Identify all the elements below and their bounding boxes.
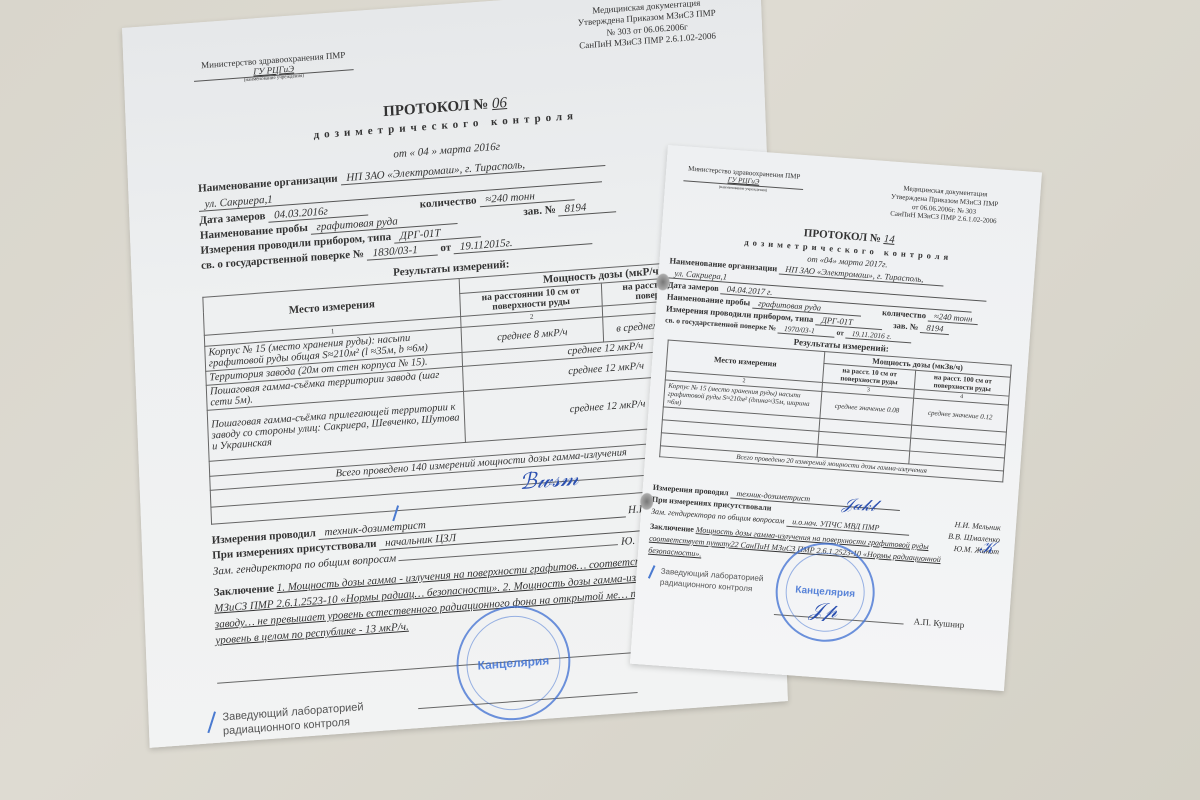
head-label: Заведующий лабораторией радиационного ко… bbox=[660, 566, 771, 596]
protocol-number: 06 bbox=[492, 95, 508, 112]
signature-icon: 𝒥𝓅 bbox=[809, 597, 839, 623]
protocol-number: 14 bbox=[883, 233, 895, 246]
verification-from-label: от bbox=[440, 241, 451, 254]
signature-icon: 𝒦 bbox=[979, 537, 995, 558]
serial-value: 8194 bbox=[920, 322, 950, 335]
signature-icon: ℬ𝓌𝓈𝓂 bbox=[519, 466, 579, 495]
signature-icon: 𝒥𝒶𝓀𝓁 bbox=[841, 494, 876, 516]
med-doc-header: Медицинская документация Утверждена Прик… bbox=[551, 0, 742, 54]
serial-label: зав. № bbox=[893, 320, 919, 332]
conclusion-label: Заключение bbox=[650, 522, 695, 534]
ministry-header: Министерство здравоохранения ПМР ГУ РЦГи… bbox=[193, 49, 354, 87]
measure-date-label: Дата замеров bbox=[199, 210, 265, 227]
head-name: А.П. Кушнир bbox=[913, 616, 964, 630]
quantity-label: количество bbox=[420, 194, 477, 210]
conclusion-label: Заключение bbox=[213, 582, 274, 598]
deputy-name: Ю. bbox=[621, 535, 636, 548]
results-table: Место измерения Мощность дозы (мкЗв/ч) н… bbox=[659, 340, 1012, 483]
serial-value: 8194 bbox=[558, 199, 616, 216]
protocol-14-sheet: Министерство здравоохранения ПМР ГУ РЦГи… bbox=[630, 145, 1042, 691]
med-doc-header: Медицинская документация Утверждена Прик… bbox=[873, 182, 1015, 227]
serial-label: зав. № bbox=[523, 204, 556, 218]
quantity-label: количество bbox=[882, 307, 927, 320]
verification-number: 1830/03-1 bbox=[366, 242, 438, 260]
head-label: Заведующий лабораторией радиационного ко… bbox=[222, 700, 373, 739]
pen-mark-icon bbox=[207, 711, 216, 733]
ministry-header: Министерство здравоохранения ПМР ГУ РЦГи… bbox=[683, 164, 804, 195]
stamp-text: Канцелярия bbox=[477, 653, 549, 672]
pen-mark-icon bbox=[648, 565, 656, 579]
verification-from-label: от bbox=[836, 328, 844, 338]
